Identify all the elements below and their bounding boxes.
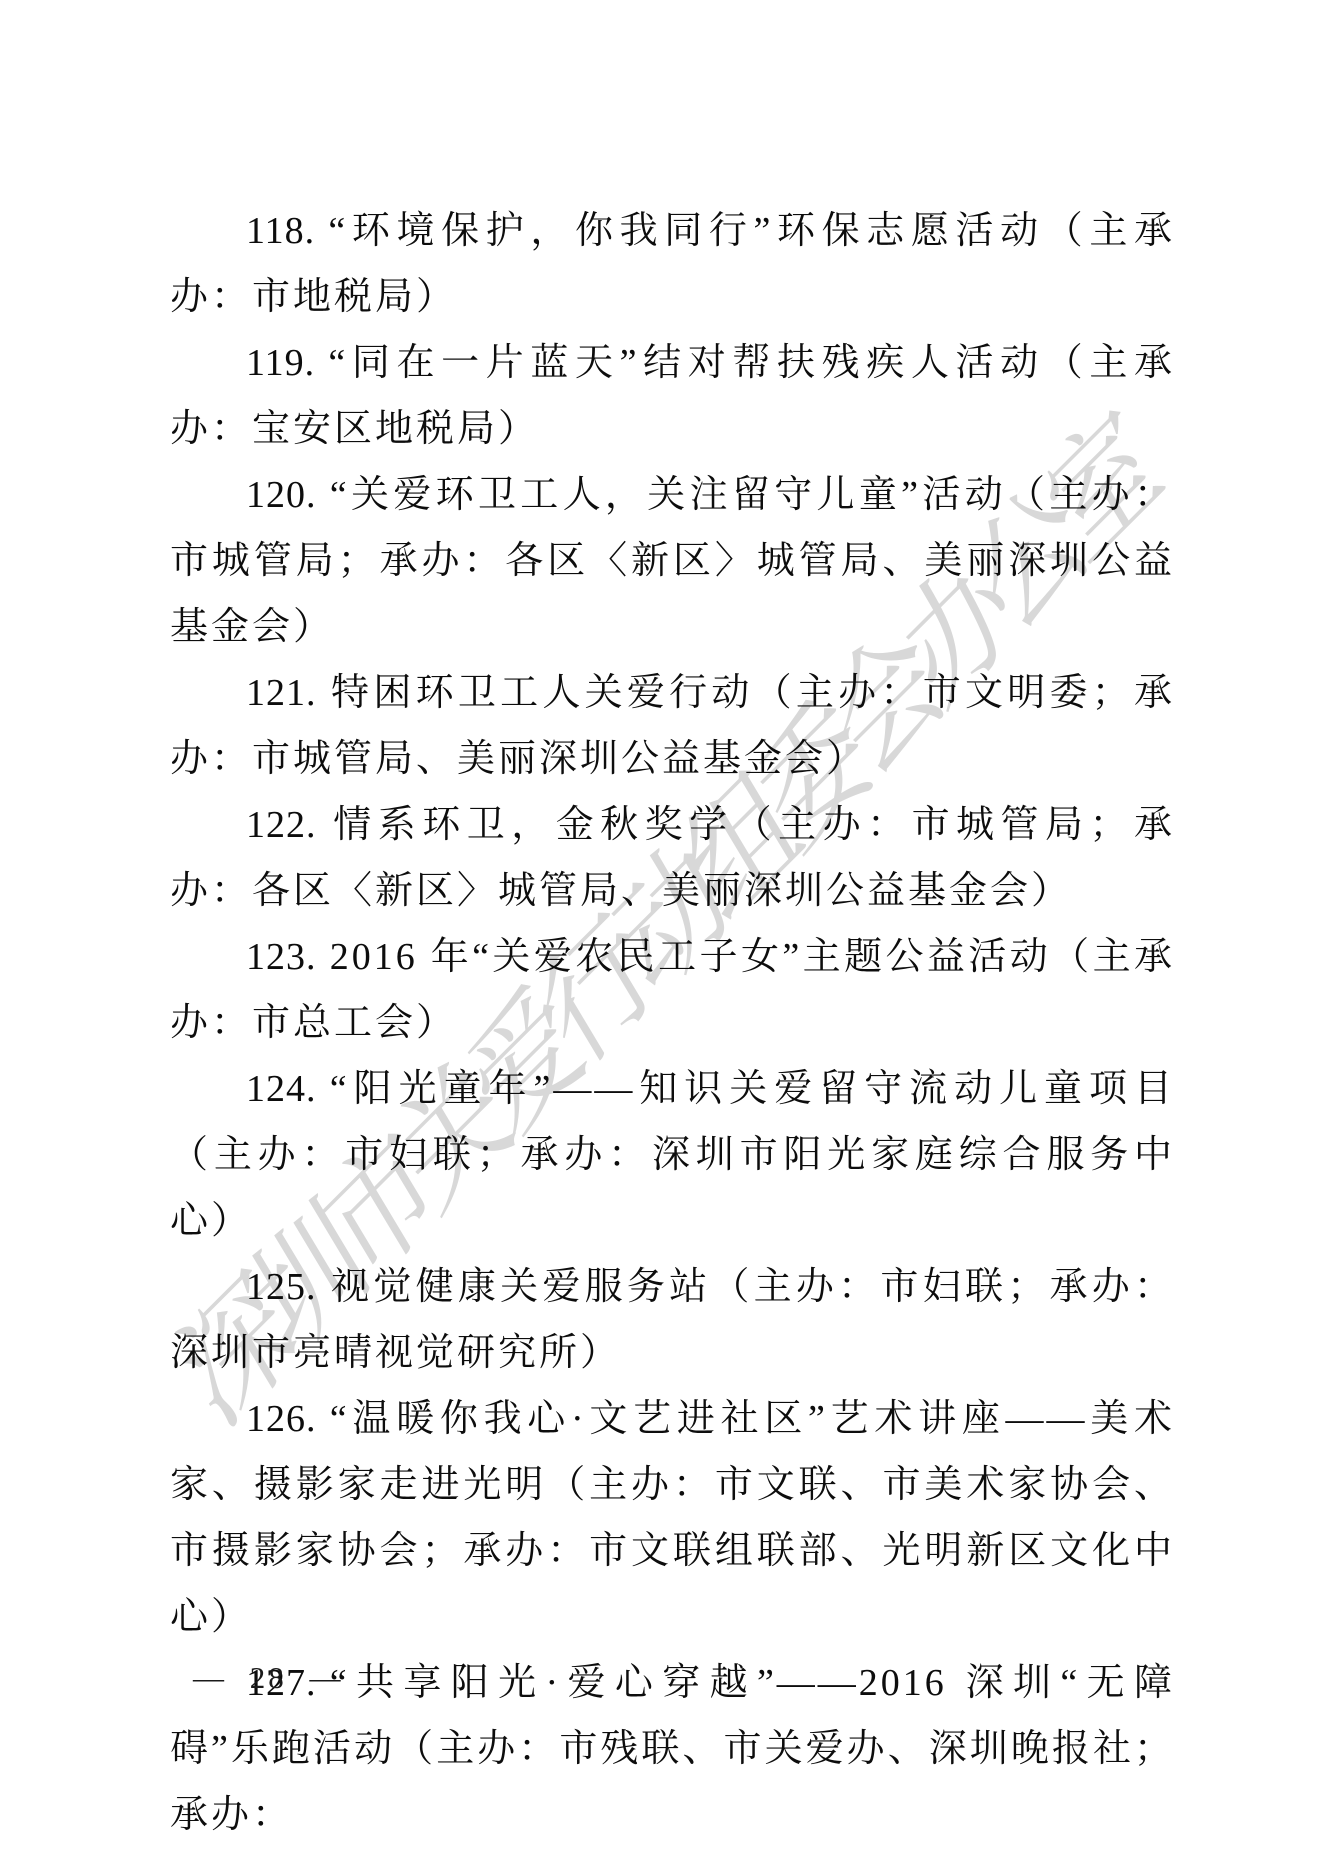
item-text: 特困环卫工人关爱行动（主办：市文明委；承办：市城管局、美丽深圳公益基金会） — [170, 672, 1175, 780]
item-text: “关爱环卫工人，关注留守儿童”活动（主办：市城管局；承办：各区〈新区〉城管局、美… — [170, 474, 1175, 648]
item-number: 125. — [246, 1266, 317, 1308]
item-number: 121. — [246, 672, 317, 714]
list-item: 124.“阳光童年”——知识关爱留守流动儿童项目（主办：市妇联；承办：深圳市阳光… — [170, 1056, 1175, 1254]
list-item: 120.“关爱环卫工人，关注留守儿童”活动（主办：市城管局；承办：各区〈新区〉城… — [170, 462, 1175, 660]
list-item: 126.“温暖你我心·文艺进社区”艺术讲座——美术家、摄影家走进光明（主办：市文… — [170, 1386, 1175, 1650]
item-text: “温暖你我心·文艺进社区”艺术讲座——美术家、摄影家走进光明（主办：市文联、市美… — [170, 1398, 1175, 1638]
list-item: 122.情系环卫，金秋奖学（主办：市城管局；承办：各区〈新区〉城管局、美丽深圳公… — [170, 792, 1175, 924]
item-text: 2016 年“关爱农民工子女”主题公益活动（主承办：市总工会） — [170, 936, 1175, 1044]
list-item: 119.“同在一片蓝天”结对帮扶残疾人活动（主承办：宝安区地税局） — [170, 330, 1175, 462]
item-text: “同在一片蓝天”结对帮扶残疾人活动（主承办：宝安区地税局） — [170, 342, 1175, 450]
item-number: 119. — [246, 342, 315, 384]
item-number: 124. — [246, 1068, 317, 1110]
page-number: — 28 — — [193, 1660, 344, 1696]
list-item: 118.“环境保护，你我同行”环保志愿活动（主承办：市地税局） — [170, 198, 1175, 330]
list-item: 123.2016 年“关爱农民工子女”主题公益活动（主承办：市总工会） — [170, 924, 1175, 1056]
document-page: 深圳市关爱行动组委会办公室 118.“环境保护，你我同行”环保志愿活动（主承办：… — [0, 0, 1323, 1871]
item-number: 122. — [246, 804, 317, 846]
item-number: 120. — [246, 474, 317, 516]
item-text: “环境保护，你我同行”环保志愿活动（主承办：市地税局） — [170, 210, 1175, 318]
item-text: “阳光童年”——知识关爱留守流动儿童项目（主办：市妇联；承办：深圳市阳光家庭综合… — [170, 1068, 1175, 1242]
item-text: 视觉健康关爱服务站（主办：市妇联；承办：深圳市亮晴视觉研究所） — [170, 1266, 1175, 1374]
item-number: 123. — [246, 936, 317, 978]
item-text: 情系环卫，金秋奖学（主办：市城管局；承办：各区〈新区〉城管局、美丽深圳公益基金会… — [170, 804, 1175, 912]
list-item: 125.视觉健康关爱服务站（主办：市妇联；承办：深圳市亮晴视觉研究所） — [170, 1254, 1175, 1386]
list-item: 121.特困环卫工人关爱行动（主办：市文明委；承办：市城管局、美丽深圳公益基金会… — [170, 660, 1175, 792]
item-number: 118. — [246, 210, 315, 252]
document-body: 118.“环境保护，你我同行”环保志愿活动（主承办：市地税局） 119.“同在一… — [170, 198, 1175, 1848]
item-number: 126. — [246, 1398, 317, 1440]
